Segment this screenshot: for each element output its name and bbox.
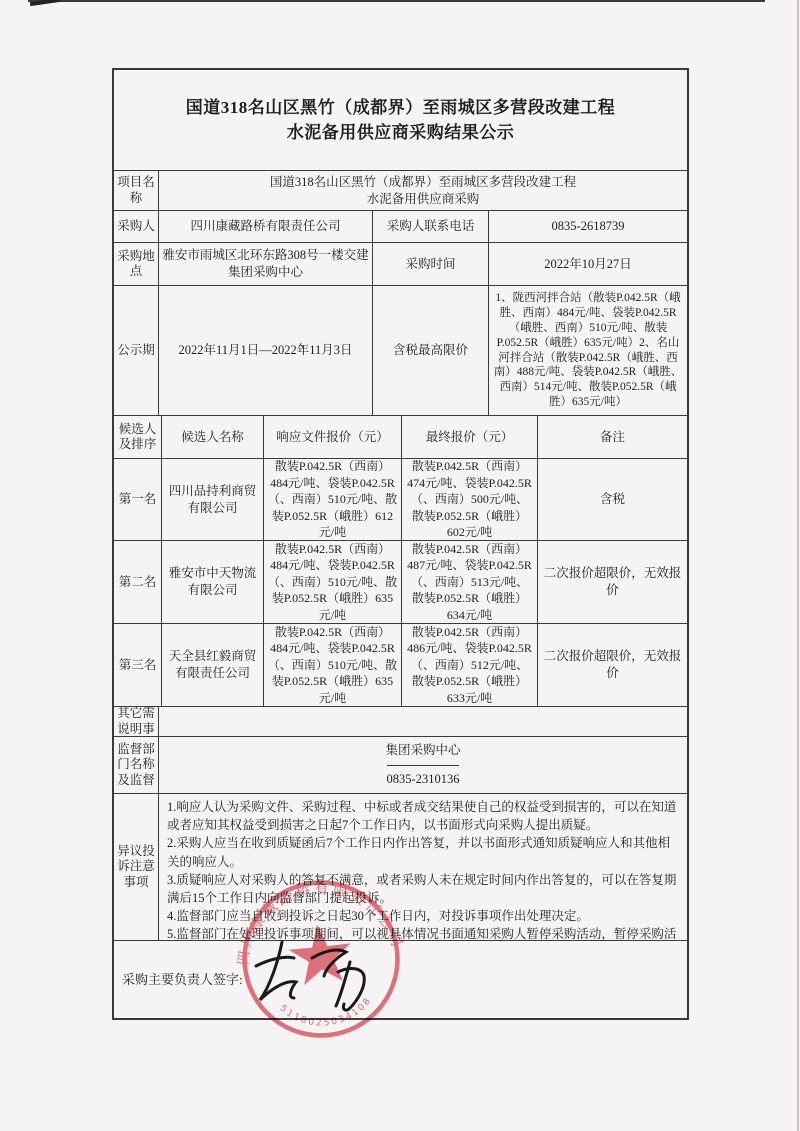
document-title: 国道318名山区黑竹（成都界）至雨城区多营段改建工程 水泥备用供应商采购结果公示 — [114, 70, 687, 170]
objection-items: 1.响应人认为采购文件、采购过程、中标或者成交结果使自己的权益受到损害的，可以在… — [158, 794, 687, 940]
candidate-row-1: 第一名 四川品持利商贸有限公司 散装P.042.5R（西南）484元/吨、袋装P… — [114, 458, 687, 540]
candidate-3-initial-offer: 散装P.042.5R（西南）484元/吨、袋装P.042.5R（、西南）510元… — [263, 624, 401, 706]
project-name-label: 项目名称 — [114, 171, 158, 210]
project-name-value-line1: 国道318名山区黑竹（成都界）至雨城区多营段改建工程 — [270, 174, 576, 191]
candidate-1-rank: 第一名 — [114, 459, 161, 540]
other-notes-row: 其它需说明事 — [114, 706, 687, 736]
objection-item-4: 4.监督部门应当自收到投诉之日起30个工作日内，对投诉事项作出处理决定。 — [167, 907, 681, 925]
objection-item-3: 3.质疑响应人对采购人的答复不满意，或者采购人未在规定时间内作出答复的，可以在答… — [167, 871, 681, 907]
document-title-line2: 水泥备用供应商采购结果公示 — [287, 120, 515, 145]
candidate-1-final-offer: 散装P.042.5R（西南）474元/吨、袋装P.042.5R（、西南）500元… — [401, 459, 537, 540]
candidates-header-row: 候选人及排序 候选人名称 响应文件报价（元） 最终报价（元） 备注 — [114, 415, 687, 458]
price-cap-value: 1、陇西河拌合站（散装P.042.5R（峨胜、西南）484元/吨、袋装P.042… — [488, 286, 687, 415]
project-name-row: 项目名称 国道318名山区黑竹（成都界）至雨城区多营段改建工程 水泥备用供应商采… — [114, 170, 687, 210]
candidate-3-rank: 第三名 — [114, 624, 161, 706]
objection-label: 异议投诉注意事项 — [114, 794, 158, 940]
candidate-2-initial-offer: 散装P.042.5R（西南）484元/吨、袋装P.042.5R（、西南）510元… — [263, 541, 401, 623]
other-notes-value — [158, 707, 687, 736]
scan-corner-mark — [30, 0, 60, 6]
candidate-2-remark: 二次报价超限价，无效报价 — [537, 541, 687, 623]
publicity-label: 公示期 — [114, 286, 158, 415]
objection-row: 异议投诉注意事项 1.响应人认为采购文件、采购过程、中标或者成交结果使自己的权益… — [114, 793, 687, 940]
candidate-2-final-offer: 散装P.042.5R（西南）487元/吨、袋装P.042.5R（、西南）513元… — [401, 541, 537, 623]
supervision-row: 监督部门名称及监督 集团采购中心 0835-2310136 — [114, 736, 687, 793]
candidate-2-rank: 第二名 — [114, 541, 161, 623]
objection-item-2: 2.采购人应当在收到质疑函后7个工作日内作出答复，并以书面形式通知质疑响应人和其… — [167, 834, 681, 870]
header-rank: 候选人及排序 — [114, 416, 161, 458]
candidate-1-remark: 含税 — [537, 459, 687, 540]
signature-row: 采购主要负责人签字: — [114, 940, 687, 1018]
header-final-offer: 最终报价（元） — [401, 416, 537, 458]
project-name-value-line2: 水泥备用供应商采购 — [367, 191, 480, 208]
signature-label: 采购主要负责人签字: — [122, 971, 243, 988]
supervision-phone: 0835-2310136 — [387, 765, 460, 794]
location-value: 雅安市雨城区北环东路308号一楼交建集团采购中心 — [158, 243, 372, 285]
candidate-2-name: 雅安市中天物流有限公司 — [161, 541, 263, 623]
purchaser-label: 采购人 — [114, 211, 158, 242]
header-initial-offer: 响应文件报价（元） — [263, 416, 401, 458]
scanned-document-page: { "doc": { "title_line1": "国道318名山区黑竹（成都… — [0, 0, 800, 1131]
time-value: 2022年10月27日 — [488, 243, 687, 285]
supervision-label: 监督部门名称及监督 — [114, 737, 158, 793]
location-label: 采购地点 — [114, 243, 158, 285]
header-remark: 备注 — [537, 416, 687, 458]
supervision-department: 集团采购中心 — [385, 737, 460, 765]
purchaser-value: 四川康藏路桥有限责任公司 — [158, 211, 372, 242]
purchaser-phone-label: 采购人联系电话 — [372, 211, 488, 242]
title-row: 国道318名山区黑竹（成都界）至雨城区多营段改建工程 水泥备用供应商采购结果公示 — [114, 70, 687, 170]
header-name: 候选人名称 — [161, 416, 263, 458]
objection-item-1: 1.响应人认为采购文件、采购过程、中标或者成交结果使自己的权益受到损害的，可以在… — [167, 798, 681, 834]
candidate-3-final-offer: 散装P.042.5R（西南）486元/吨、袋装P.042.5R（、西南）512元… — [401, 624, 537, 706]
candidate-row-2: 第二名 雅安市中天物流有限公司 散装P.042.5R（西南）484元/吨、袋装P… — [114, 540, 687, 623]
publicity-value: 2022年11月1日—2022年11月3日 — [158, 286, 372, 415]
candidate-3-name: 天全县红毅商贸有限责任公司 — [161, 624, 263, 706]
time-label: 采购时间 — [372, 243, 488, 285]
objection-item-5: 5.监督部门在处理投诉事项期间，可以视具体情况书面通知采购人暂停采购活动，暂停采… — [167, 925, 681, 940]
price-cap-label: 含税最高限价 — [372, 286, 488, 415]
publicity-row: 公示期 2022年11月1日—2022年11月3日 含税最高限价 1、陇西河拌合… — [114, 285, 687, 415]
purchaser-row: 采购人 四川康藏路桥有限责任公司 采购人联系电话 0835-2618739 — [114, 210, 687, 242]
candidate-1-initial-offer: 散装P.042.5R（西南）484元/吨、袋装P.042.5R（、西南）510元… — [263, 459, 401, 540]
project-name-value: 国道318名山区黑竹（成都界）至雨城区多营段改建工程 水泥备用供应商采购 — [158, 171, 687, 210]
scan-edge-line — [28, 0, 765, 2]
scan-right-edge — [797, 0, 799, 1131]
candidate-1-name: 四川品持利商贸有限公司 — [161, 459, 263, 540]
candidate-row-3: 第三名 天全县红毅商贸有限责任公司 散装P.042.5R（西南）484元/吨、袋… — [114, 623, 687, 706]
location-row: 采购地点 雅安市雨城区北环东路308号一楼交建集团采购中心 采购时间 2022年… — [114, 242, 687, 285]
purchaser-phone-value: 0835-2618739 — [488, 211, 687, 242]
candidate-3-remark: 二次报价超限价，无效报价 — [537, 624, 687, 706]
signature-label-cell: 采购主要负责人签字: — [114, 941, 687, 1018]
procurement-result-table: 国道318名山区黑竹（成都界）至雨城区多营段改建工程 水泥备用供应商采购结果公示… — [112, 68, 689, 1020]
document-title-line1: 国道318名山区黑竹（成都界）至雨城区多营段改建工程 — [186, 95, 616, 120]
other-notes-label: 其它需说明事 — [114, 707, 158, 736]
